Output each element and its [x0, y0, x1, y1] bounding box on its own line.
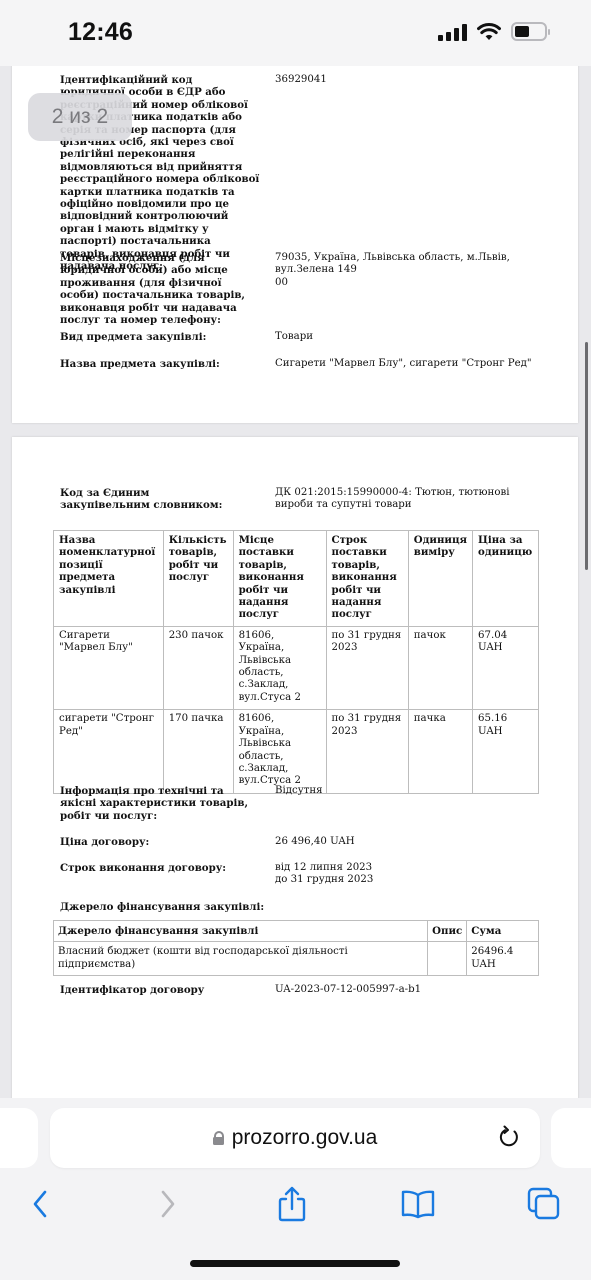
- pdf-viewport[interactable]: Ідентифікаційний код юридичної особи в Є…: [0, 66, 591, 1098]
- wifi-icon: [477, 23, 501, 41]
- scrollbar[interactable]: [585, 342, 588, 570]
- table-row: Сигарети "Марвел Блу" 230 пачок 81606, У…: [54, 626, 539, 709]
- item-delivery-term: по 31 грудня 2023: [326, 626, 408, 709]
- items-header-unit-price: Ціна за одиницю: [473, 531, 539, 627]
- back-button[interactable]: [20, 1184, 60, 1224]
- reload-icon[interactable]: [496, 1124, 522, 1150]
- items-header-name: Назва номенклатурної позиції предмета за…: [54, 531, 164, 627]
- book-icon: [400, 1189, 436, 1219]
- previous-tab-peek[interactable]: [0, 1108, 38, 1168]
- contract-id-value: UA-2023-07-12-005997-a-b1: [275, 984, 535, 996]
- battery-icon: [511, 22, 547, 41]
- items-table-header: Назва номенклатурної позиції предмета за…: [54, 531, 539, 627]
- contract-term-from: від 12 липня 2023: [275, 862, 535, 874]
- item-unit: пачок: [408, 626, 472, 709]
- cellular-signal-icon: [438, 23, 467, 41]
- supplier-address-row: Місцезнаходження (для юридичної особи) а…: [60, 252, 540, 316]
- share-button[interactable]: [272, 1184, 312, 1224]
- contract-id-row: Ідентифікатор договору UA-2023-07-12-005…: [60, 984, 540, 998]
- address-bar[interactable]: prozorro.gov.ua: [50, 1108, 540, 1168]
- home-indicator[interactable]: [190, 1260, 400, 1267]
- chevron-right-icon: [158, 1188, 178, 1220]
- funding-description: [428, 942, 467, 976]
- cpv-row: Код за Єдиним закупівельним словником: Д…: [60, 487, 540, 515]
- share-icon: [276, 1185, 308, 1223]
- item-name: Сигарети "Марвел Блу": [54, 626, 164, 709]
- url-text[interactable]: prozorro.gov.ua: [232, 1126, 378, 1149]
- items-header-quantity: Кількість товарів, робіт чи послуг: [163, 531, 233, 627]
- procurement-type-row: Вид предмета закупівлі: Товари: [60, 331, 540, 345]
- funding-heading-row: Джерело фінансування закупівлі:: [60, 901, 540, 915]
- status-icons: [438, 22, 547, 41]
- item-delivery-place: 81606, Україна, Львівська область, с.Зак…: [233, 710, 326, 793]
- contract-term-row: Строк виконання договору: від 12 липня 2…: [60, 862, 540, 890]
- lock-icon: [213, 1131, 224, 1145]
- cpv-label: Код за Єдиним закупівельним словником:: [60, 487, 240, 512]
- supplier-id-value: 36929041: [275, 74, 535, 86]
- supplier-address-value: 79035, Україна, Львівська область, м.Льв…: [275, 252, 535, 289]
- items-table: Назва номенклатурної позиції предмета за…: [53, 530, 539, 794]
- item-delivery-term: по 31 грудня 2023: [326, 710, 408, 793]
- tabs-button[interactable]: [524, 1184, 564, 1224]
- tech-info-label: Інформація про технічні та якісні характ…: [60, 785, 250, 822]
- table-row: сигарети "Стронг Ред" 170 пачка 81606, У…: [54, 710, 539, 793]
- item-quantity: 170 пачка: [163, 710, 233, 793]
- supplier-address-label: Місцезнаходження (для юридичної особи) а…: [60, 252, 260, 326]
- contract-term-label: Строк виконання договору:: [60, 862, 260, 874]
- page-counter: 2 из 2: [28, 93, 132, 141]
- contract-id-label: Ідентифікатор договору: [60, 984, 260, 996]
- next-tab-peek[interactable]: [551, 1108, 591, 1168]
- funding-amount: 26496.4 UAH: [467, 942, 539, 976]
- funding-heading: Джерело фінансування закупівлі:: [60, 901, 360, 913]
- bookmarks-button[interactable]: [398, 1184, 438, 1224]
- tech-info-row: Інформація про технічні та якісні характ…: [60, 785, 540, 825]
- procurement-type-value: Товари: [275, 331, 535, 343]
- supplier-id-row: Ідентифікаційний код юридичної особи в Є…: [60, 74, 540, 244]
- funding-table-header: Джерело фінансування закупівлі Опис Сума: [54, 921, 539, 942]
- item-unit: пачка: [408, 710, 472, 793]
- funding-header-description: Опис: [428, 921, 467, 942]
- procurement-name-label: Назва предмета закупівлі:: [60, 358, 260, 370]
- contract-term-to: до 31 грудня 2023: [275, 874, 535, 886]
- contract-term-value: від 12 липня 2023 до 31 грудня 2023: [275, 862, 535, 887]
- item-delivery-place: 81606, Україна, Львівська область, с.Зак…: [233, 626, 326, 709]
- forward-button[interactable]: [148, 1184, 188, 1224]
- items-header-delivery-place: Місце поставки товарів, виконання робіт …: [233, 531, 326, 627]
- items-header-delivery-term: Строк поставки товарів, виконання робіт …: [326, 531, 408, 627]
- funding-header-amount: Сума: [467, 921, 539, 942]
- tech-info-value: Відсутня: [275, 785, 535, 797]
- contract-price-value: 26 496,40 UAH: [275, 836, 535, 848]
- funding-source: Власний бюджет (кошти від господарської …: [54, 942, 428, 976]
- tabs-icon: [527, 1187, 561, 1221]
- item-unit-price: 67.04 UAH: [473, 626, 539, 709]
- table-row: Власний бюджет (кошти від господарської …: [54, 942, 539, 976]
- browser-toolbar: prozorro.gov.ua: [0, 1098, 591, 1280]
- item-unit-price: 65.16 UAH: [473, 710, 539, 793]
- status-bar: 12:46: [0, 0, 591, 66]
- items-header-unit: Одиниця виміру: [408, 531, 472, 627]
- status-time: 12:46: [68, 18, 133, 47]
- procurement-name-value: Сигарети "Марвел Блу", сигарети "Стронг …: [275, 358, 545, 370]
- address-text-container: prozorro.gov.ua: [50, 1126, 540, 1150]
- procurement-name-row: Назва предмета закупівлі: Сигарети "Марв…: [60, 358, 540, 372]
- contract-price-row: Ціна договору: 26 496,40 UAH: [60, 836, 540, 850]
- chevron-left-icon: [30, 1188, 50, 1220]
- funding-table: Джерело фінансування закупівлі Опис Сума…: [53, 920, 539, 976]
- pdf-page-2: Код за Єдиним закупівельним словником: Д…: [12, 437, 578, 1098]
- funding-header-source: Джерело фінансування закупівлі: [54, 921, 428, 942]
- cpv-value: ДК 021:2015:15990000-4: Тютюн, тютюнові …: [275, 487, 535, 512]
- item-name: сигарети "Стронг Ред": [54, 710, 164, 793]
- item-quantity: 230 пачок: [163, 626, 233, 709]
- contract-price-label: Ціна договору:: [60, 836, 260, 848]
- procurement-type-label: Вид предмета закупівлі:: [60, 331, 260, 343]
